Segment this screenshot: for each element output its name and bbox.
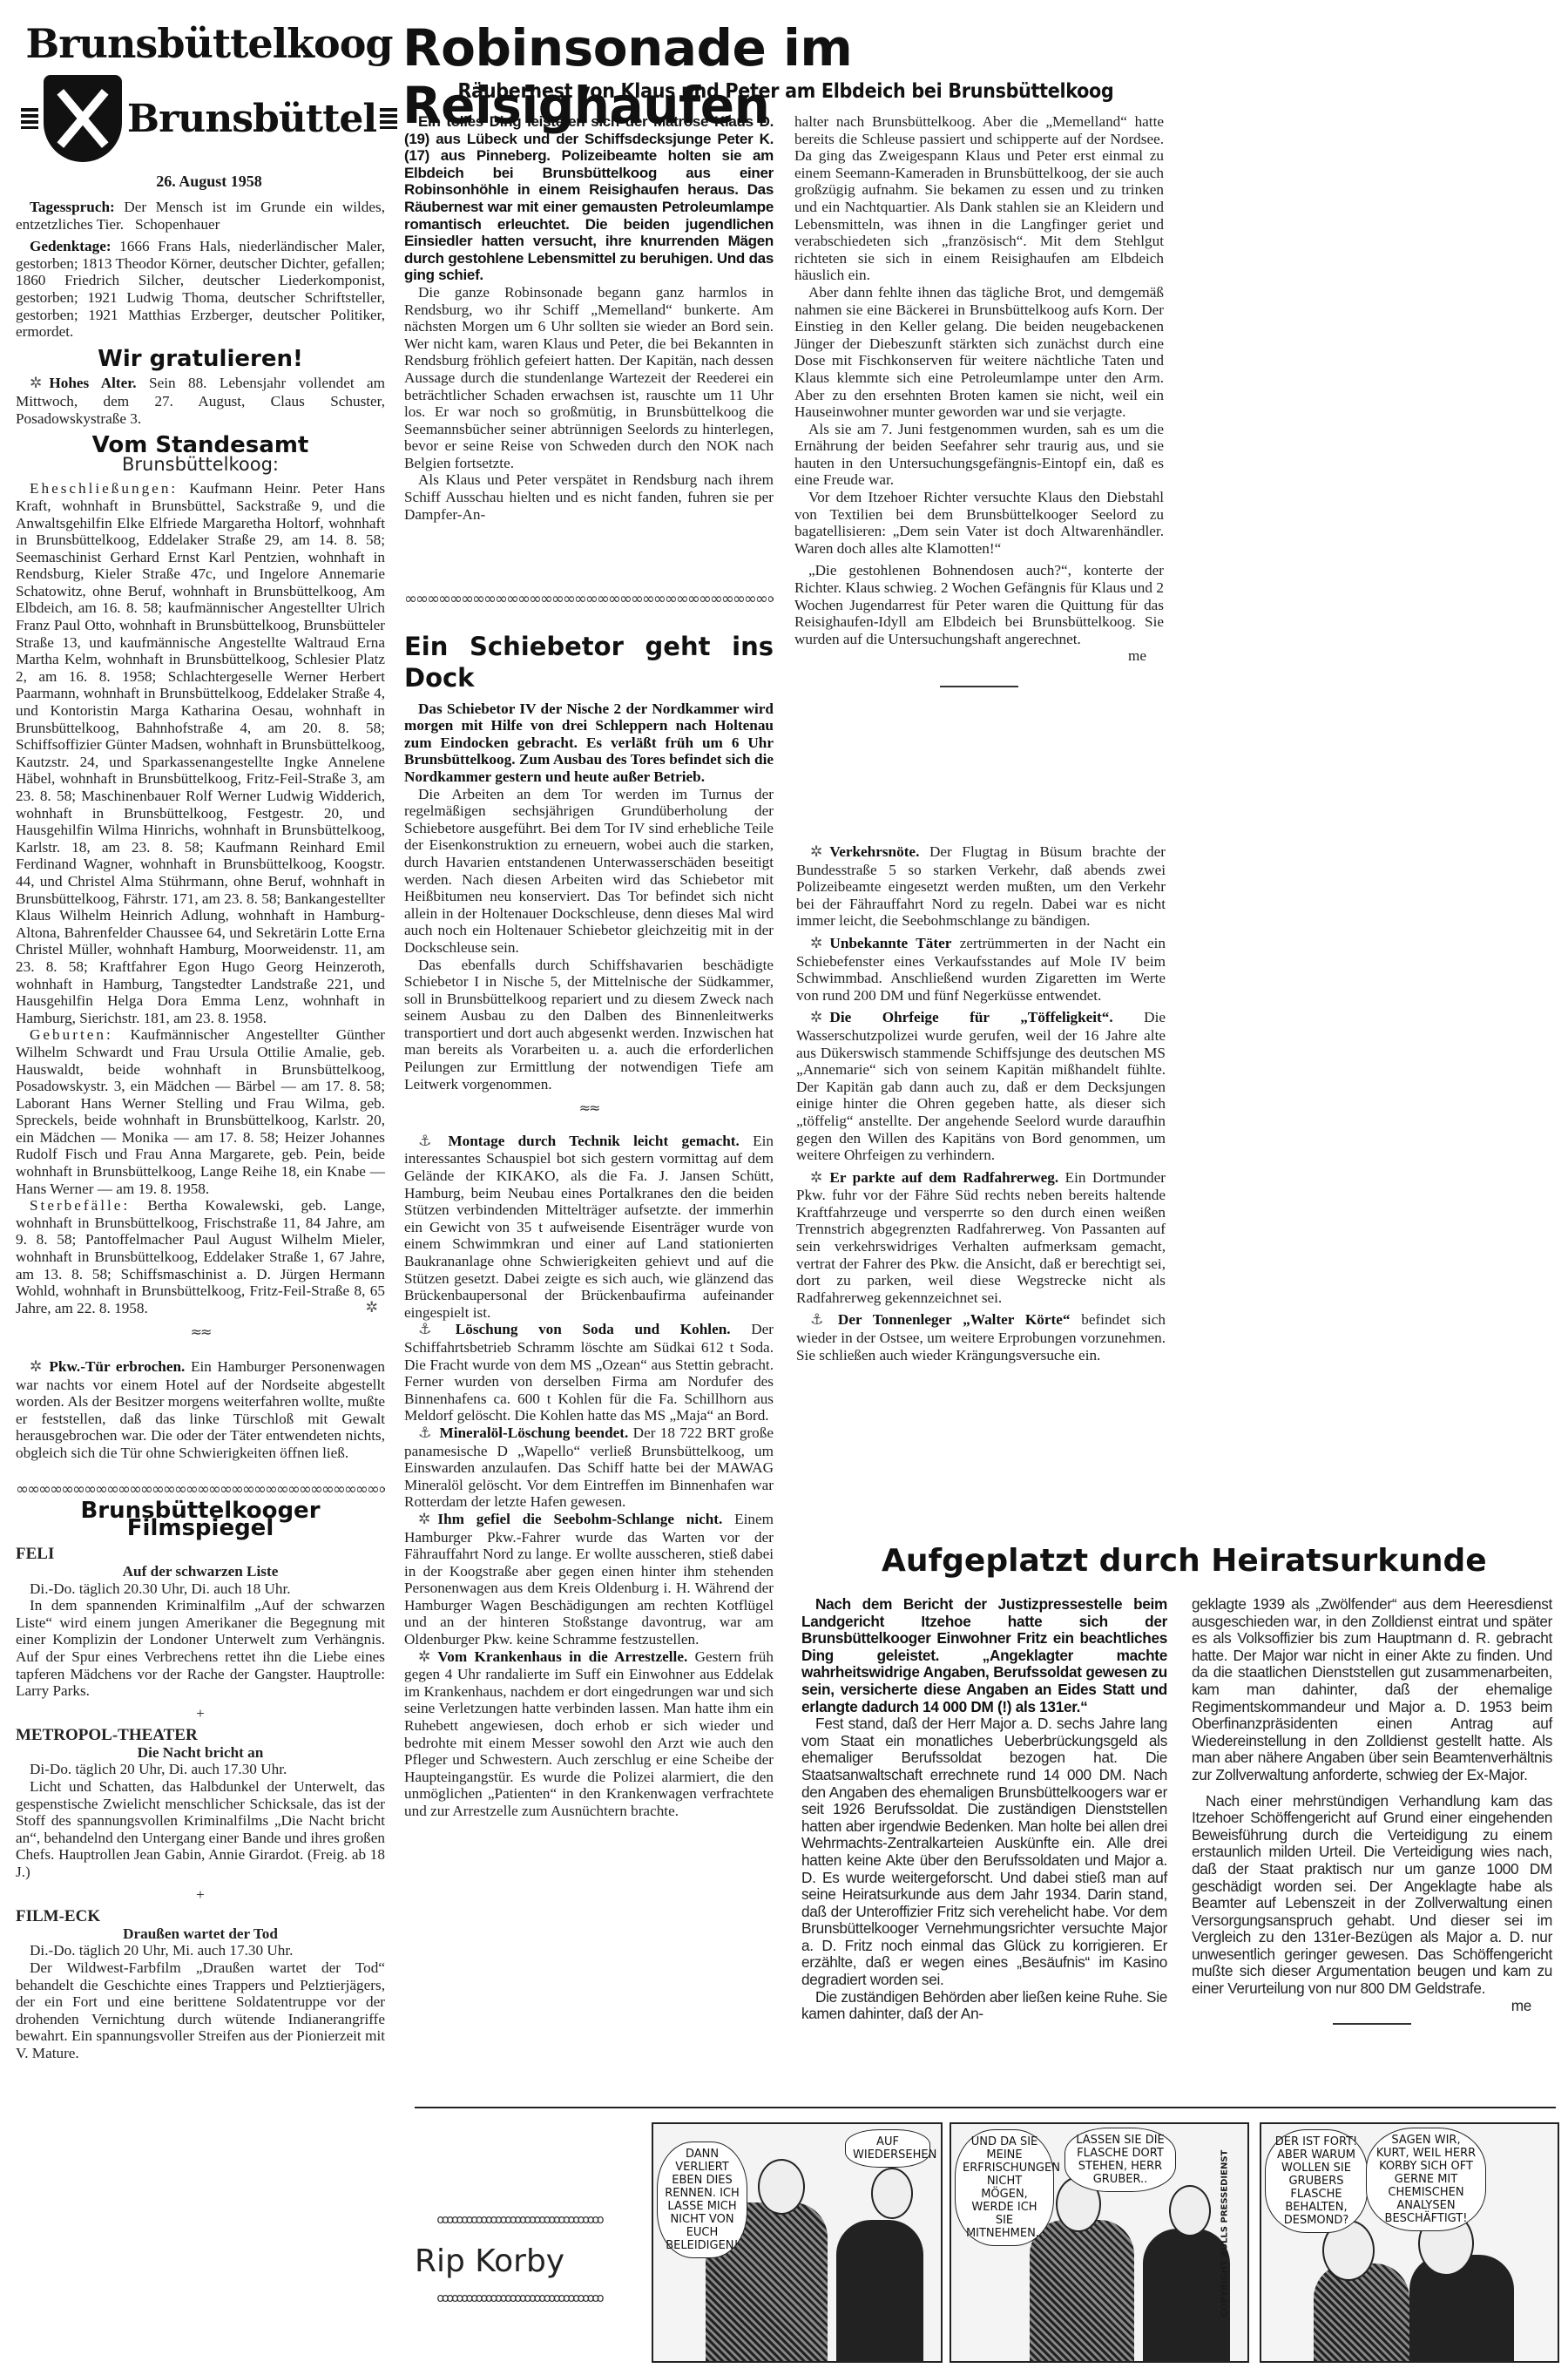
comic-top-rule bbox=[415, 2107, 1556, 2108]
speech-bubble: LASSEN SIE DIE FLASCHE DORT STEHEN, HERR… bbox=[1064, 2128, 1176, 2192]
issue-date: 26. August 1958 bbox=[17, 173, 401, 191]
figure-head bbox=[758, 2159, 805, 2215]
news-label: Ihm gefiel die Seebohm-Schlange nicht. bbox=[437, 1511, 722, 1527]
heirat-signature: me bbox=[1192, 1998, 1552, 2015]
wave-divider-icon: ≈≈ bbox=[16, 1323, 385, 1341]
heirat-col2: geklagte 1939 als „Zwölfender“ aus dem H… bbox=[1192, 1596, 1552, 2025]
star-icon: ✲ bbox=[810, 1009, 822, 1026]
heirat-col1: Nach dem Bericht der Justizpressestelle … bbox=[801, 1596, 1167, 2023]
speech-bubble: DANN VERLIERT EBEN DIES RENNEN. ICH LASS… bbox=[657, 2142, 747, 2258]
cinema-name: FELI bbox=[16, 1546, 385, 1563]
heirat-paragraph: Fest stand, daß der Herr Major a. D. sec… bbox=[801, 1715, 1167, 1989]
comic-panel-1: DANN VERLIERT EBEN DIES RENNEN. ICH LASS… bbox=[652, 2122, 943, 2363]
news-label: Löschung von Soda und Kohlen. bbox=[456, 1321, 731, 1337]
news-text: Die Wasserschutzpolizei wurde gerufen, w… bbox=[796, 1009, 1166, 1163]
masthead: Brunsbüttelkoog Brunsbüttel bbox=[17, 17, 401, 174]
star-icon: ✲ bbox=[810, 1169, 822, 1187]
pkw-tuer-label: Pkw.-Tür erbrochen. bbox=[49, 1358, 185, 1375]
heirat-paragraph: Nach einer mehrstündigen Verhandlung kam… bbox=[1192, 1793, 1552, 1998]
geburten-label: Geburten: bbox=[30, 1026, 113, 1043]
star-icon: ✲ bbox=[810, 843, 822, 861]
news-label: Unbekannte Täter bbox=[829, 935, 951, 951]
news-label: Verkehrsnöte. bbox=[829, 843, 919, 860]
tagesspruch-label: Tagesspruch: bbox=[30, 199, 115, 215]
chain-divider: ∞∞∞∞∞∞∞∞∞∞∞∞∞∞∞∞∞∞∞∞∞∞∞∞∞∞∞∞∞∞∞∞∞∞∞∞∞ bbox=[404, 591, 774, 608]
news-label: Montage durch Technik leicht gemacht. bbox=[448, 1133, 739, 1149]
middle-column-lower: ∞∞∞∞∞∞∞∞∞∞∞∞∞∞∞∞∞∞∞∞∞∞∞∞∞∞∞∞∞∞∞∞∞∞∞∞∞ Ei… bbox=[404, 591, 774, 1820]
lead-intro: Ein tolles Ding leisteten sich der Matro… bbox=[404, 113, 774, 284]
schiebetor-paragraph: Das ebenfalls durch Schiffshavarien besc… bbox=[404, 957, 774, 1093]
masthead-line1: Brunsbüttelkoog bbox=[17, 17, 401, 70]
star-icon: ✲ bbox=[418, 1511, 430, 1528]
film-title: Die Nacht bricht an bbox=[16, 1744, 385, 1762]
lead-paragraph: Als sie am 7. Juni festgenommen wurden, … bbox=[794, 421, 1164, 489]
anchor-icon: ⚓ bbox=[810, 1311, 831, 1329]
cinema-metropol: METROPOL-THEATER Die Nacht bricht an Di-… bbox=[16, 1727, 385, 1880]
wave-divider-icon: ≈≈ bbox=[404, 1100, 774, 1117]
lead-article-col2: halter nach Brunsbüttelkoog. Aber die „M… bbox=[794, 113, 1164, 687]
speech-bubble: UND DA SIE MEINE ERFRISCHUNGEN NICHT MÖG… bbox=[955, 2129, 1054, 2246]
cinema-feli: FELI Auf der schwarzen Liste Di.-Do. täg… bbox=[16, 1546, 385, 1699]
gratulieren-heading: Wir gratulieren! bbox=[16, 351, 385, 369]
lead-paragraph: Aber dann fehlte ihnen das tägliche Brot… bbox=[794, 284, 1164, 421]
star-icon: ✲ bbox=[30, 1358, 42, 1376]
lead-paragraph: Als Klaus und Peter verspätet in Rendsbu… bbox=[404, 471, 774, 523]
star-icon: ✲ bbox=[352, 1300, 378, 1317]
star-icon: ✲ bbox=[418, 1648, 430, 1666]
sterbefaelle-label: Sterbefälle: bbox=[30, 1197, 130, 1214]
film-times: Di-Do. täglich 20 Uhr, Di. auch 17.30 Uh… bbox=[16, 1761, 385, 1778]
divider bbox=[940, 686, 1018, 687]
divider bbox=[1333, 2023, 1411, 2025]
gedenktage-label: Gedenktage: bbox=[30, 238, 112, 254]
figure-head bbox=[1169, 2185, 1211, 2236]
schiebetor-paragraph: Die Arbeiten an dem Tor werden im Turnus… bbox=[404, 786, 774, 957]
news-label: Die Ohrfeige für „Töffeligkeit“. bbox=[829, 1009, 1112, 1025]
news-text: Ein Dortmunder Pkw. fuhr vor der Fähre S… bbox=[796, 1169, 1166, 1306]
film-times: Di.-Do. täglich 20.30 Uhr, Di. auch 18 U… bbox=[16, 1580, 385, 1598]
eheschliessungen-text: Kaufmann Heinr. Peter Hans Kraft, wohnha… bbox=[16, 480, 385, 1025]
lead-subheadline: Räubernest von Klaus und Peter am Elbdei… bbox=[402, 80, 1169, 103]
geburten-text: Kaufmännischer Angestellter Günther Wilh… bbox=[16, 1026, 385, 1196]
film-title: Draußen wartet der Tod bbox=[16, 1925, 385, 1943]
anchor-icon: ⚓ bbox=[418, 1424, 432, 1442]
cinema-name: METROPOL-THEATER bbox=[16, 1727, 385, 1744]
news-label: Er parkte auf dem Radfahrerweg. bbox=[829, 1169, 1058, 1186]
heirat-paragraph: geklagte 1939 als „Zwölfender“ aus dem H… bbox=[1192, 1596, 1552, 1784]
chain-divider: ∞∞∞∞∞∞∞∞∞∞∞∞∞∞∞∞∞∞∞∞∞∞∞∞∞∞∞∞∞∞∞∞∞∞∞∞∞ bbox=[16, 1481, 385, 1499]
lead-paragraph: „Die gestohlenen Bohnendosen auch?“, kon… bbox=[794, 562, 1164, 647]
figure-illustration bbox=[1314, 2263, 1409, 2363]
film-description: In dem spannenden Kriminalfilm „Auf der … bbox=[16, 1597, 385, 1700]
standesamt-subheading: Brunsbüttelkoog: bbox=[16, 457, 385, 474]
figure-illustration bbox=[1409, 2255, 1514, 2363]
heirat-intro: Nach dem Bericht der Justizpressestelle … bbox=[801, 1596, 1167, 1715]
cinema-name: FILM-ECK bbox=[16, 1908, 385, 1925]
figure-illustration bbox=[1143, 2229, 1230, 2363]
copyright-notice: COPYRIGHT BULLS PRESSEDIENST bbox=[1220, 2150, 1230, 2317]
comic-title: Rip Korby bbox=[415, 2239, 624, 2284]
news-label: Der Tonnenleger „Walter Körte“ bbox=[838, 1311, 1071, 1328]
standesamt-heading: Vom Standesamt bbox=[16, 437, 385, 455]
speech-bubble: SAGEN WIR, KURT, WEIL HERR KORBY SICH OF… bbox=[1366, 2128, 1486, 2231]
lead-paragraph: halter nach Brunsbüttelkoog. Aber die „M… bbox=[794, 113, 1164, 284]
sterbefaelle-text: Bertha Kowalewski, geb. Lange, wohnhaft … bbox=[16, 1197, 385, 1316]
schiebetor-intro: Das Schiebetor IV der Nische 2 der Nordk… bbox=[404, 700, 774, 786]
star-icon: ✲ bbox=[30, 375, 42, 392]
figure-head bbox=[871, 2168, 913, 2219]
eheschliessungen-label: Eheschließungen: bbox=[30, 480, 178, 497]
speech-bubble: AUF WIEDERSEHEN bbox=[845, 2129, 930, 2168]
separator-cross: + bbox=[16, 1705, 385, 1722]
comic-panel-2: UND DA SIE MEINE ERFRISCHUNGEN NICHT MÖG… bbox=[950, 2122, 1249, 2363]
film-title: Auf der schwarzen Liste bbox=[16, 1563, 385, 1580]
heirat-paragraph: Die zuständigen Behörden aber ließen kei… bbox=[801, 1989, 1167, 2023]
anchor-shield-icon bbox=[44, 75, 122, 162]
filmspiegel-heading: Brunsbüttelkooger Filmspiegel bbox=[16, 1503, 385, 1537]
lead-paragraph: Die ganze Robinsonade begann ganz harmlo… bbox=[404, 284, 774, 472]
news-label: Mineralöl-Löschung beendet. bbox=[439, 1424, 628, 1441]
chain-divider: oooooooooooooooooooooooooooooooooo bbox=[415, 2291, 624, 2305]
news-label: Vom Krankenhaus in die Arrestzelle. bbox=[437, 1648, 687, 1665]
schiebetor-headline: Ein Schiebetor geht ins Dock bbox=[404, 631, 774, 694]
figure-illustration bbox=[836, 2220, 923, 2363]
speech-bubble: DER IST FORT! ABER WARUM WOLLEN SIE GRUB… bbox=[1265, 2129, 1368, 2233]
lead-signature: me bbox=[794, 647, 1164, 665]
cinema-film-eck: FILM-ECK Draußen wartet der Tod Di.-Do. … bbox=[16, 1908, 385, 2061]
masthead-line2: Brunsbüttel bbox=[127, 97, 376, 141]
figure-illustration bbox=[1030, 2220, 1134, 2363]
comic-title-block: oooooooooooooooooooooooooooooooooo Rip K… bbox=[415, 2213, 624, 2305]
chain-divider: oooooooooooooooooooooooooooooooooo bbox=[415, 2213, 624, 2227]
film-description: Licht und Schatten, das Halbdunkel der U… bbox=[16, 1778, 385, 1881]
lead-article-col1: Ein tolles Ding leisteten sich der Matro… bbox=[404, 113, 774, 523]
right-column-news: ✲Verkehrsnöte. Der Flugtag in Büsum brac… bbox=[796, 843, 1166, 1363]
anchor-icon: ⚓ bbox=[418, 1133, 441, 1150]
news-text: Einem Hamburger Pkw.-Fahrer wurde das Wa… bbox=[404, 1511, 774, 1648]
news-text: Gestern früh gegen 4 Uhr randalierte im … bbox=[404, 1648, 774, 1819]
film-description: Der Wildwest-Farbfilm „Draußen wartet de… bbox=[16, 1959, 385, 2062]
anchor-icon: ⚓ bbox=[418, 1321, 449, 1338]
lead-paragraph: Vor dem Itzehoer Richter versuchte Klaus… bbox=[794, 489, 1164, 557]
comic-panel-3: DER IST FORT! ABER WARUM WOLLEN SIE GRUB… bbox=[1260, 2122, 1559, 2363]
left-column: Tagesspruch: Der Mensch ist im Grunde ei… bbox=[16, 199, 385, 2062]
tagesspruch-author: Schopenhauer bbox=[135, 216, 220, 233]
hohes-alter-label: Hohes Alter. bbox=[49, 375, 136, 391]
star-icon: ✲ bbox=[810, 935, 822, 952]
news-text: Ein interessantes Schauspiel bot sich ge… bbox=[404, 1133, 774, 1321]
heirat-headline: Aufgeplatzt durch Heiratsurkunde bbox=[882, 1542, 1561, 1580]
film-times: Di.-Do. täglich 20 Uhr, Mi. auch 17.30 U… bbox=[16, 1942, 385, 1959]
separator-cross: + bbox=[16, 1886, 385, 1904]
